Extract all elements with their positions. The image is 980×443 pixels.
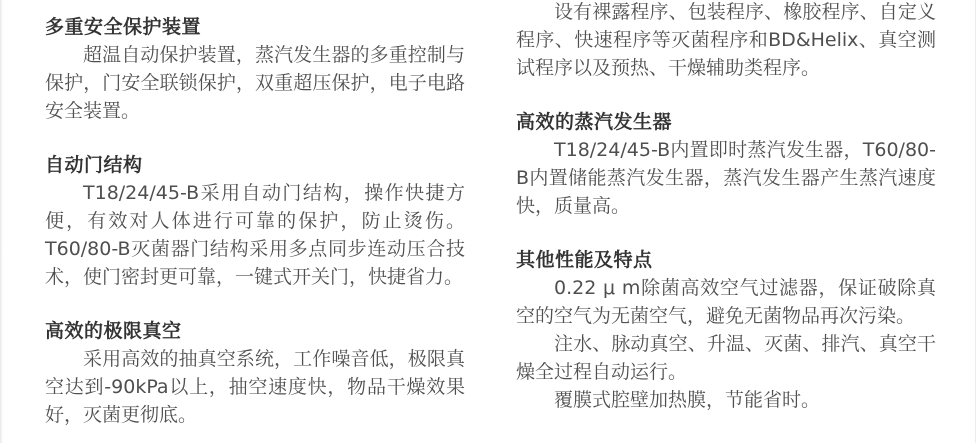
brochure-page: 多重安全保护装置 超温自动保护装置，蒸汽发生器的多重控制与保护，门安全联锁保护，… bbox=[0, 0, 980, 443]
section-heading: 其他性能及特点 bbox=[516, 246, 936, 274]
paragraph: 设有裸露程序、包装程序、橡胶程序、自定义程序、快速程序等灭菌程序和BD&Heli… bbox=[516, 0, 936, 82]
left-column: 多重安全保护装置 超温自动保护装置，蒸汽发生器的多重控制与保护，门安全联锁保护，… bbox=[45, 13, 465, 429]
paragraph: 注水、脉动真空、升温、灭菌、排汽、真空干燥全过程自动运行。 bbox=[516, 330, 936, 386]
paragraph: 0.22 μ m除菌高效空气过滤器，保证破除真空的空气为无菌空气，避免无菌物品再… bbox=[516, 274, 936, 330]
section-steam-generator: 高效的蒸汽发生器 T18/24/45-B内置即时蒸汽发生器，T60/80-B内置… bbox=[516, 108, 936, 220]
paragraph: 超温自动保护装置，蒸汽发生器的多重控制与保护，门安全联锁保护，双重超压保护，电子… bbox=[45, 41, 465, 125]
section-auto-door: 自动门结构 T18/24/45-B采用自动门结构，操作快捷方便，有效对人体进行可… bbox=[45, 151, 465, 291]
section-heading: 多重安全保护装置 bbox=[45, 13, 465, 41]
section-other-features: 其他性能及特点 0.22 μ m除菌高效空气过滤器，保证破除真空的空气为无菌空气… bbox=[516, 246, 936, 414]
page-left-edge-divider bbox=[0, 0, 3, 443]
paragraph: 覆膜式腔壁加热膜，节能省时。 bbox=[516, 386, 936, 414]
section-heading: 高效的极限真空 bbox=[45, 317, 465, 345]
paragraph: T18/24/45-B采用自动门结构，操作快捷方便，有效对人体进行可靠的保护，防… bbox=[45, 179, 465, 291]
section-programs-continuation: 设有裸露程序、包装程序、橡胶程序、自定义程序、快速程序等灭菌程序和BD&Heli… bbox=[516, 0, 936, 82]
section-safety-devices: 多重安全保护装置 超温自动保护装置，蒸汽发生器的多重控制与保护，门安全联锁保护，… bbox=[45, 13, 465, 125]
section-heading: 自动门结构 bbox=[45, 151, 465, 179]
section-ultimate-vacuum: 高效的极限真空 采用高效的抽真空系统，工作噪音低，极限真空达到-90kPa以上，… bbox=[45, 317, 465, 429]
right-column: 设有裸露程序、包装程序、橡胶程序、自定义程序、快速程序等灭菌程序和BD&Heli… bbox=[516, 0, 936, 414]
page-right-edge-divider bbox=[975, 0, 976, 443]
paragraph: T18/24/45-B内置即时蒸汽发生器，T60/80-B内置储能蒸汽发生器，蒸… bbox=[516, 136, 936, 220]
section-heading: 高效的蒸汽发生器 bbox=[516, 108, 936, 136]
paragraph: 采用高效的抽真空系统，工作噪音低，极限真空达到-90kPa以上，抽空速度快，物品… bbox=[45, 345, 465, 429]
